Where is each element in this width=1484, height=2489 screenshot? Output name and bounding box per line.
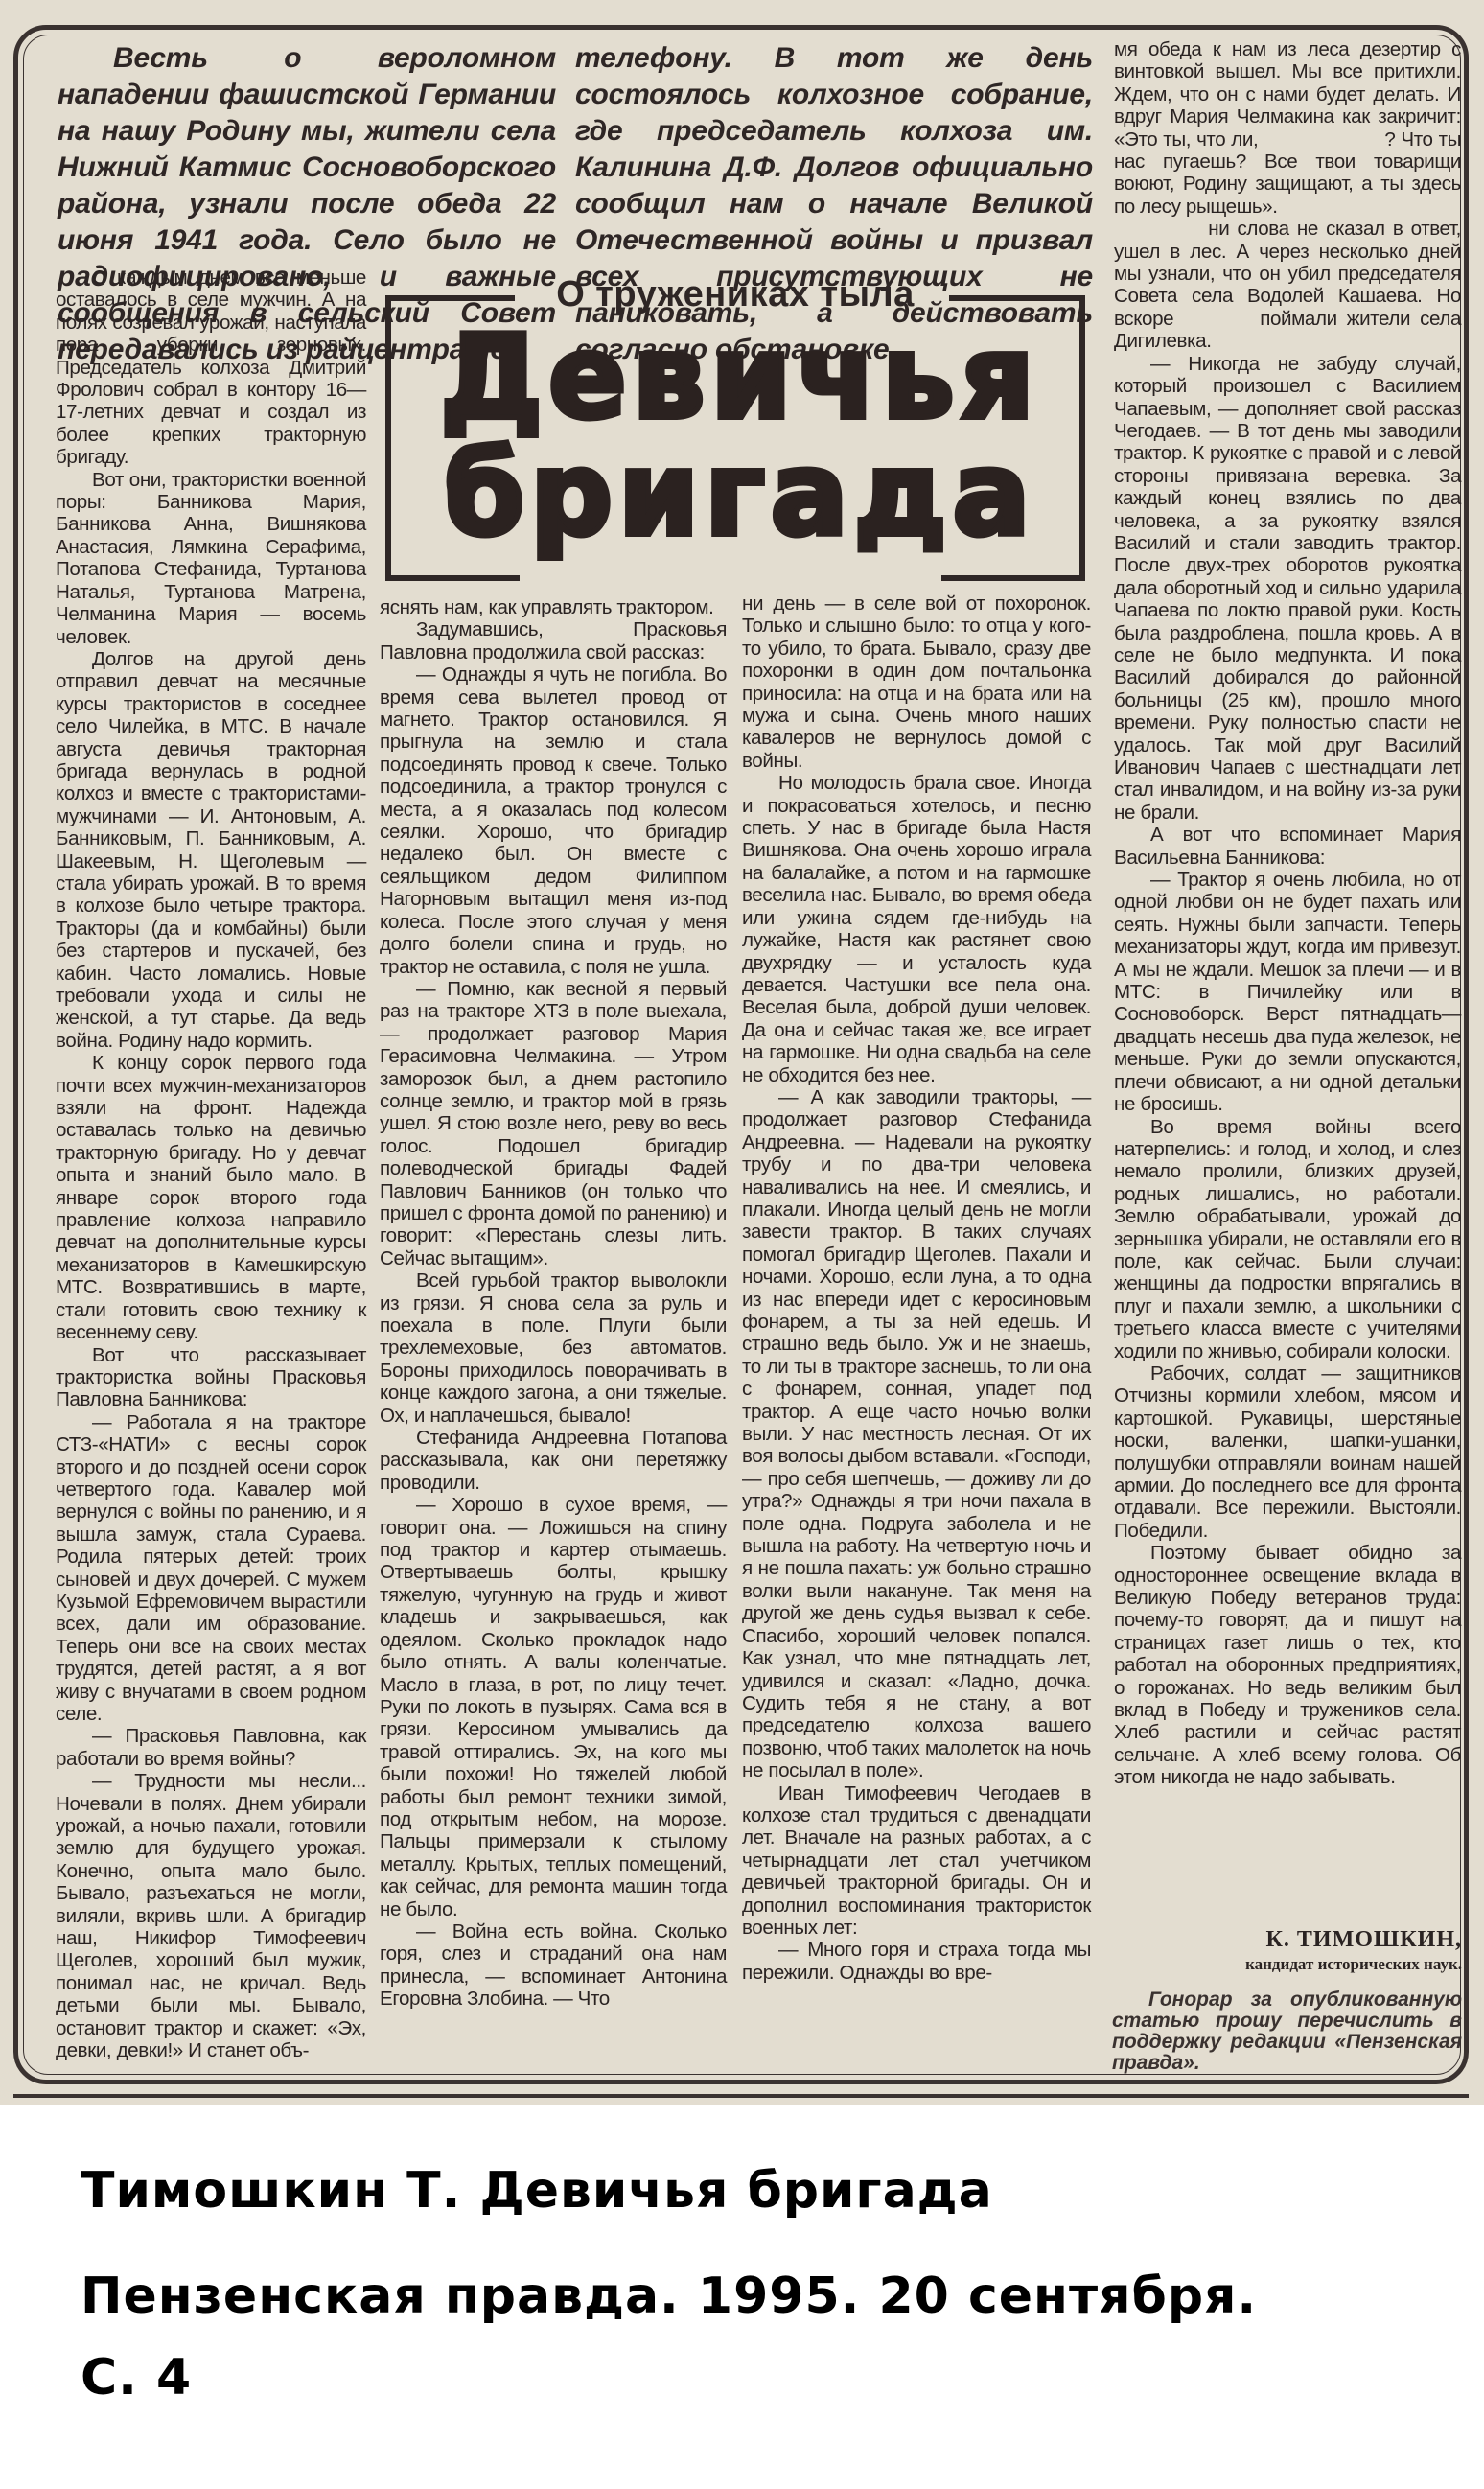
paragraph: яснять нам, как управлять трактором. [380, 596, 727, 618]
headline-box: О тружениках тыла Девичья бригада [385, 278, 1085, 583]
fee-note: Гонорар за опубликованную статью прошу п… [1112, 1989, 1462, 2074]
paragraph: — Прасковья Павловна, как работали во вр… [56, 1725, 366, 1770]
paragraph: Но молодость брала свое. Иногда и покрас… [742, 772, 1091, 1086]
paragraph: ни день — в селе вой от похоронок. Тольк… [742, 593, 1091, 772]
headline-rule [385, 295, 515, 301]
headline-rule [1079, 297, 1085, 575]
redacted-gap [1264, 145, 1379, 146]
rubric: О тружениках тыла [529, 274, 941, 315]
paragraph: — Работала я на тракторе СТЗ-«НАТИ» с ве… [56, 1411, 366, 1726]
article-column-1: С каждым днем все меньше оставалось в се… [56, 267, 366, 2062]
paragraph: Задумавшись, Прасковья Павловна продолжи… [380, 618, 727, 663]
headline-rule [385, 297, 391, 575]
paragraph: Во время войны всего натерпелись: и голо… [1114, 1116, 1461, 1362]
article-column-4: мя обеда к нам из леса дезертир с винтов… [1114, 38, 1461, 1789]
fee-note-text: Гонорар за опубликованную статью прошу п… [1112, 1989, 1462, 2074]
paragraph: Вот что рассказывает трактористка войны … [56, 1344, 366, 1411]
article-column-2: яснять нам, как управлять трактором. Зад… [380, 596, 727, 2011]
article-column-3: ни день — в селе вой от похоронок. Тольк… [742, 593, 1091, 1984]
paragraph: — Трактор я очень любила, но от одной лю… [1114, 869, 1461, 1115]
paragraph: ни слова не сказал в ответ, ушел в лес. … [1114, 218, 1461, 352]
paragraph: — Хорошо в сухое время, — говорит она. —… [380, 1494, 727, 1920]
paragraph: Рабочих, солдат — защитников Отчизны кор… [1114, 1362, 1461, 1542]
author-name: К. ТИМОШКИН, [1112, 1927, 1462, 1953]
citation-line-3: С. 4 [81, 2349, 192, 2407]
paragraph: А вот что вспоминает Мария Васильевна Ба… [1114, 824, 1461, 869]
headline-rule [941, 575, 1085, 581]
paragraph: — Однажды я чуть не погибла. Во время се… [380, 663, 727, 978]
headline-rule [949, 295, 1085, 301]
paragraph: — Никогда не забуду случай, который прои… [1114, 353, 1461, 825]
citation-line-2: Пензенская правда. 1995. 20 сентября. [81, 2268, 1257, 2325]
paragraph: — Война есть война. Сколько горя, слез и… [380, 1920, 727, 2011]
paragraph: — А как заводили тракторы, — продолжает … [742, 1086, 1091, 1782]
headline-line-1: Девичья [424, 320, 1056, 437]
paragraph: Поэтому бывает обидно за одностороннее о… [1114, 1542, 1461, 1788]
paragraph: — Помню, как весной я первый раз на трак… [380, 978, 727, 1269]
clipping-bottom-rule [13, 2094, 1469, 2098]
paragraph: С каждым днем все меньше оставалось в се… [56, 267, 366, 469]
paragraph: Стефанида Андреевна Потапова рассказывал… [380, 1427, 727, 1494]
author-signature: К. ТИМОШКИН, кандидат исторических наук. [1112, 1927, 1462, 1974]
author-degree: кандидат исторических наук. [1112, 1955, 1462, 1974]
headline: Девичья бригада [424, 320, 1056, 554]
paragraph: мя обеда к нам из леса дезертир с винтов… [1114, 38, 1461, 218]
paragraph: Долгов на другой день отправил девчат на… [56, 648, 366, 1052]
paragraph: — Много горя и страха тогда мы пережили.… [742, 1939, 1091, 1984]
newspaper-clipping: Весть о вероломном нападении фашистской … [0, 0, 1484, 2105]
paragraph: — Трудности мы несли... Ночевали в полях… [56, 1770, 366, 2061]
headline-rule [385, 575, 520, 581]
paragraph: Иван Тимофеевич Чегодаев в колхозе стал … [742, 1782, 1091, 1940]
paragraph: К концу сорок первого года почти всех му… [56, 1052, 366, 1343]
paragraph: Вот они, трактористки военной поры: Банн… [56, 469, 366, 648]
citation-line-1: Тимошкин Т. Девичья бригада [81, 2162, 993, 2220]
headline-line-2: бригада [424, 437, 1056, 554]
paragraph: Всей гурьбой трактор выволокли из грязи.… [380, 1269, 727, 1427]
redacted-gap [1183, 324, 1250, 325]
redacted-gap [1114, 234, 1200, 235]
